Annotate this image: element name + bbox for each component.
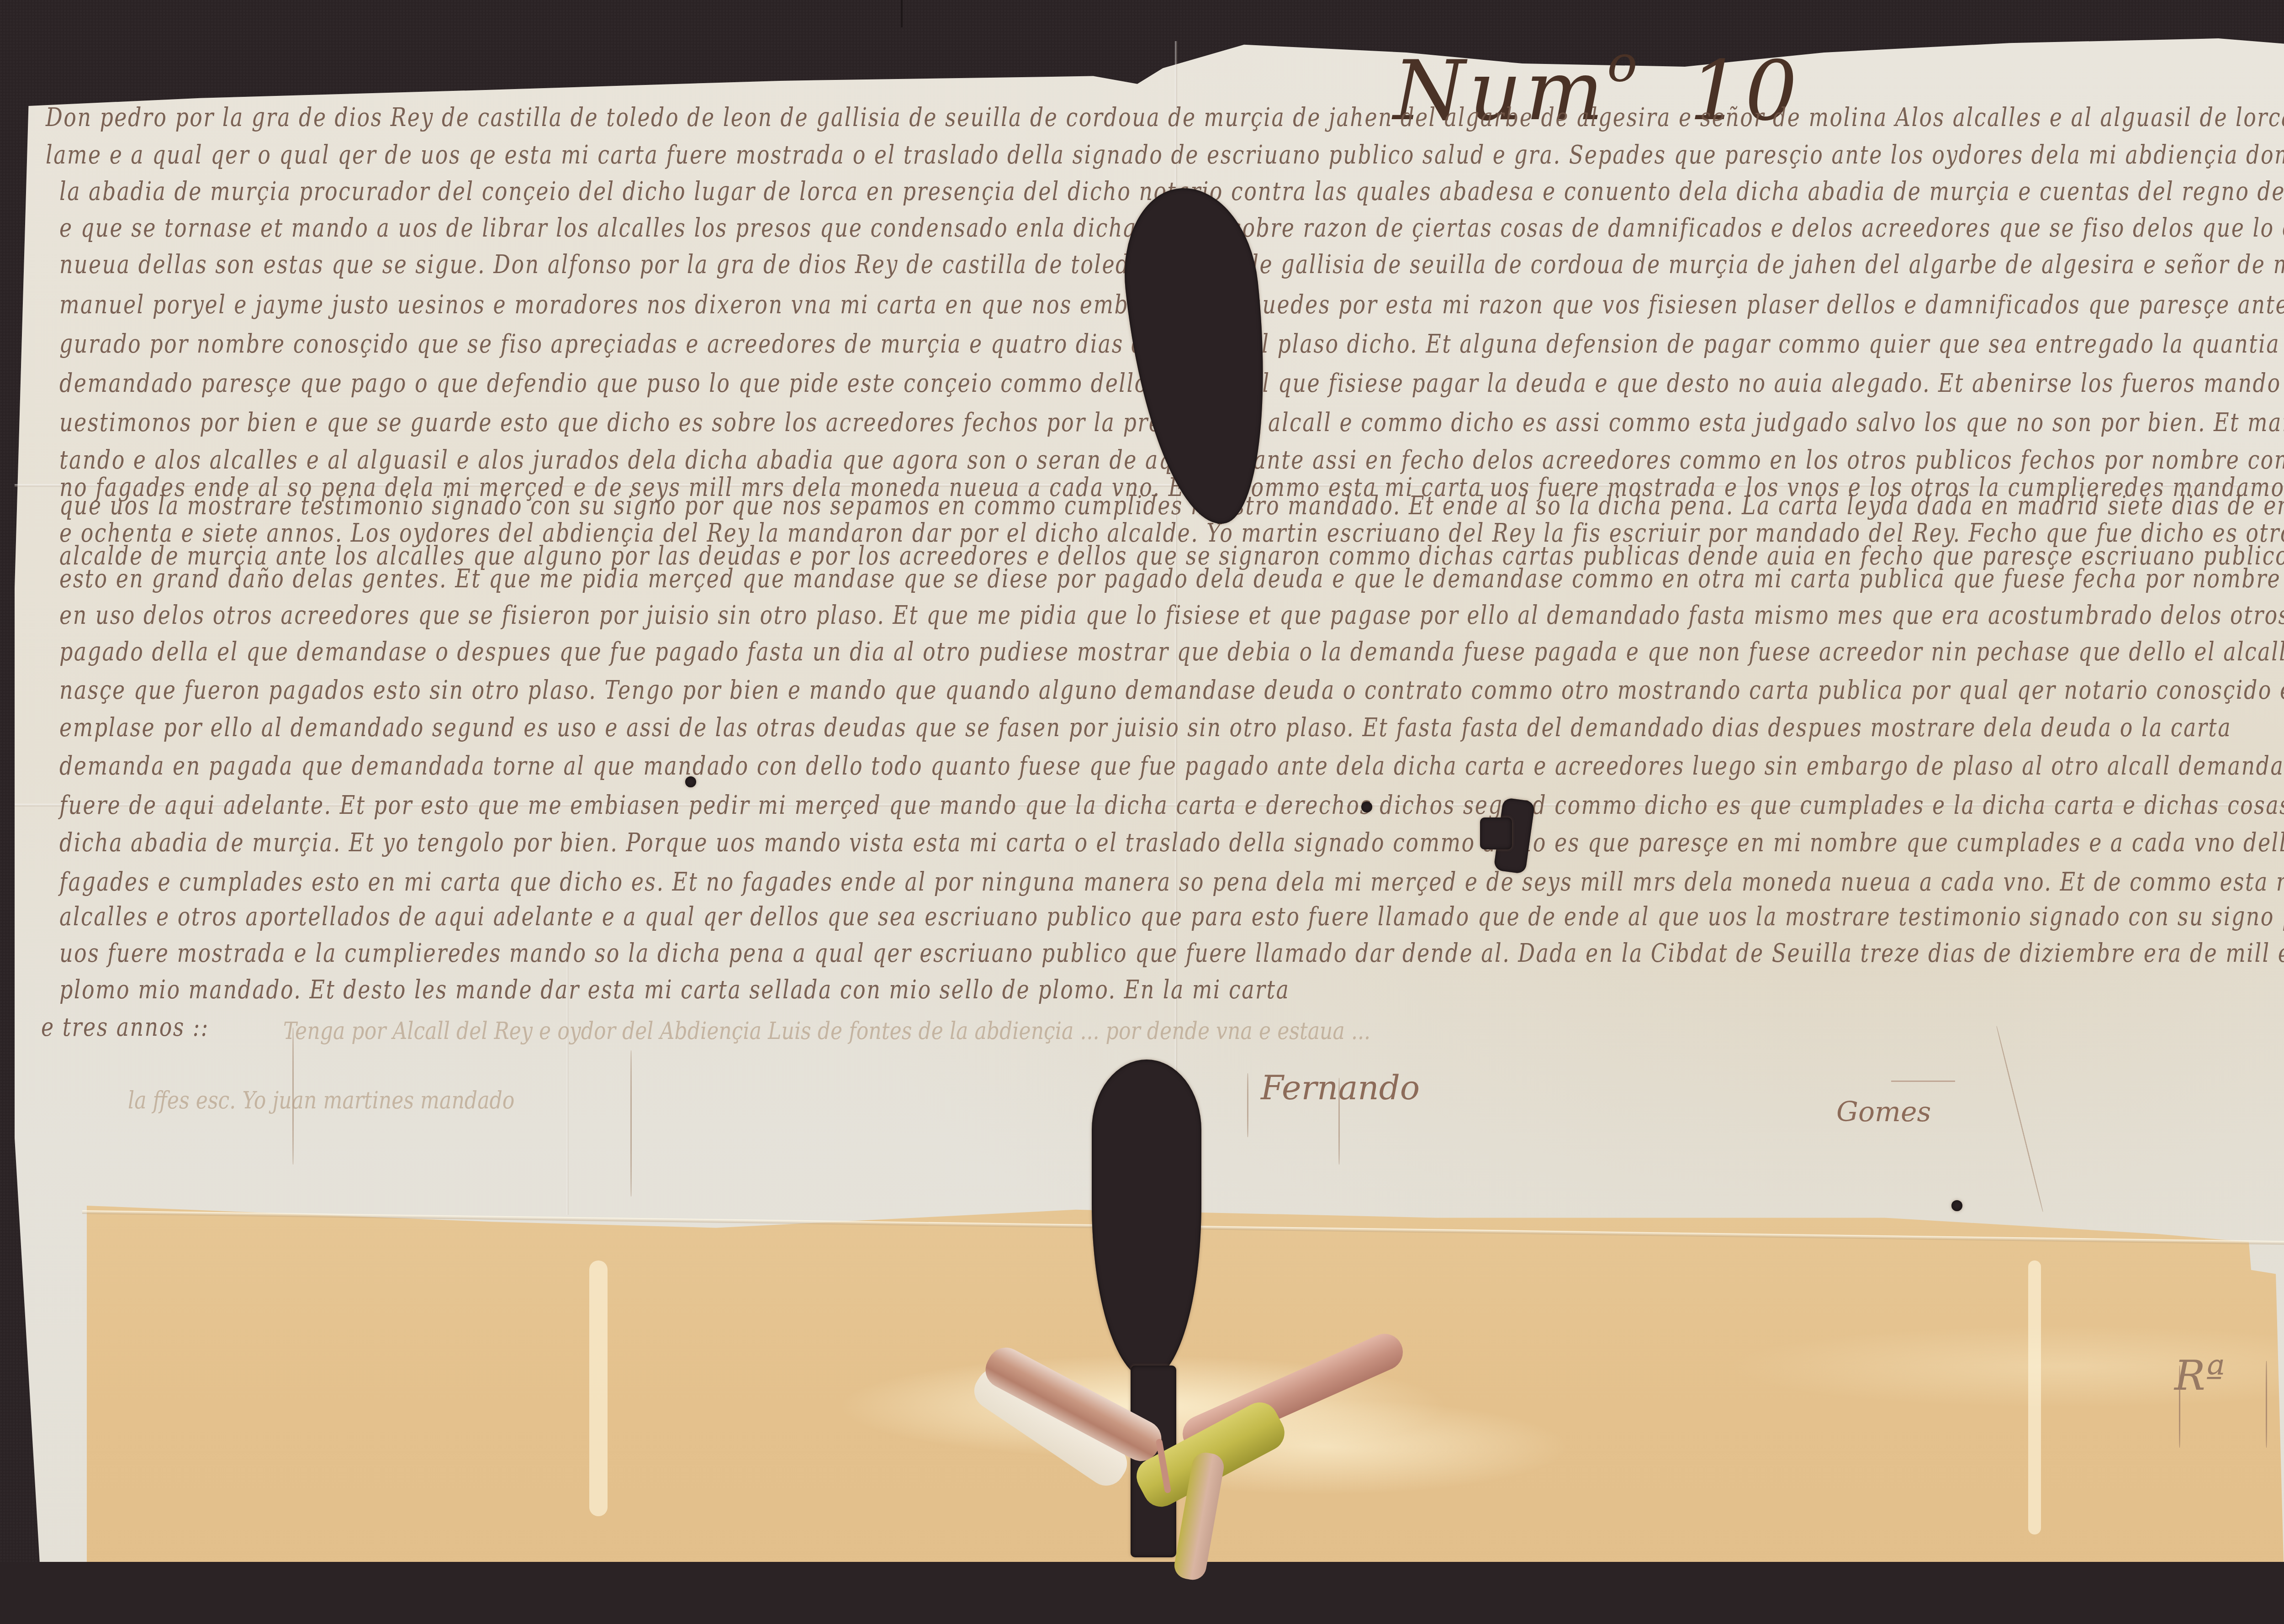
subscription-line-1: Tenga por Alcall del Rey e oydor del Abd…: [283, 1018, 1370, 1045]
body-line: lame e a qual qer o qual qer de uos qe e…: [46, 142, 2284, 168]
hole-pinprick: [1361, 801, 1372, 812]
body-line-final: e tres annos ::: [41, 1015, 209, 1040]
plica-water-stain: [2028, 1260, 2041, 1534]
subscription-line-2: la ffes esc. Yo juan martines mandado: [128, 1087, 514, 1114]
board-seam-top: [901, 0, 903, 27]
hole-pinprick: [685, 776, 696, 787]
signature-underline: [1891, 1081, 1955, 1082]
body-line: demanda en pagada que demandada torne al…: [59, 754, 2284, 779]
signature-flourish: [1338, 1078, 1340, 1165]
signature-flourish: [1247, 1073, 1248, 1137]
plica-water-stain: [589, 1260, 608, 1516]
body-line: Don pedro por la gra de dios Rey de cast…: [46, 105, 2284, 131]
center-signature: Fernando: [1261, 1069, 1420, 1107]
body-line: plomo mio mandado. Et desto les mande da…: [59, 977, 1290, 1003]
plica-annotation-flourish: [2266, 1361, 2267, 1448]
signature-flourish: [292, 1028, 294, 1165]
hole-pinprick: [1951, 1200, 1962, 1211]
plica-annotation-flourish: [2179, 1366, 2180, 1448]
body-line: alcalles e otros aportellados de aqui ad…: [59, 904, 2284, 930]
archival-number-ordinal: o: [1607, 34, 1641, 93]
body-line: nasçe que fueron pagados esto sin otro p…: [59, 678, 2284, 703]
body-line: fuere de aqui adelante. Et por esto que …: [59, 793, 2284, 818]
body-line: que uos la mostrare testimonio signado c…: [59, 493, 2284, 519]
body-line: esto en grand daño delas gentes. Et que …: [59, 566, 2284, 592]
body-line: dicha abadia de murçia. Et yo tengolo po…: [59, 830, 2284, 856]
body-line: emplase por ello al demandado segund es …: [59, 715, 2231, 741]
right-signature: Gomes: [1836, 1096, 1931, 1128]
body-line: pagado della el que demandase o despues …: [59, 639, 2284, 665]
hole-mid-right-branch: [1480, 817, 1512, 849]
body-line: uos fuere mostrada e la cumplieredes man…: [59, 941, 2284, 966]
plica-annotation: Rª: [2174, 1352, 2225, 1400]
signature-flourish: [630, 1050, 632, 1197]
body-line: fagades e cumplades esto en mi carta que…: [59, 870, 2284, 895]
backing-board-bottom-strip: [0, 1562, 2284, 1624]
body-line: en uso delos otros acreedores que se fis…: [59, 603, 2284, 628]
